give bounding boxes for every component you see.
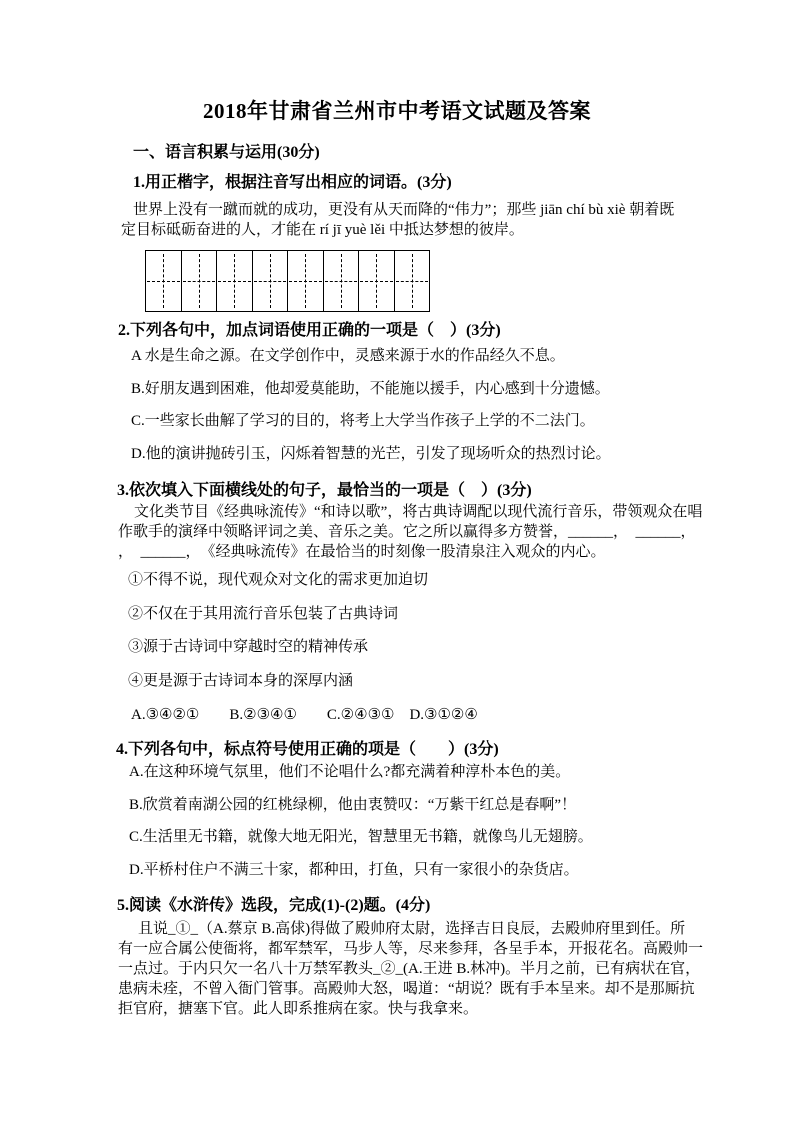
option-line: C.生活里无书籍，就像大地无阳光，智慧里无书籍，就像鸟儿无翅膀。: [129, 829, 593, 862]
grid-cell: [359, 251, 395, 311]
question-5-heading: 5.阅读《水浒传》选段，完成(1)-(2)题。(4分): [117, 892, 430, 915]
grid-cell: [253, 251, 289, 311]
grid-cell-horizontal-dash: [325, 281, 358, 282]
option-line: B.欣赏着南湖公园的红桃绿柳，他由衷赞叹：“万紫干红总是春啊”！: [129, 797, 593, 830]
option-line: C.一些家长曲解了学习的目的，将考上大学当作孩子上学的不二法门。: [131, 413, 611, 446]
numbered-sentence: ④更是源于古诗词本身的深厚内涵: [128, 673, 428, 707]
passage-line: ， ______， 《经典咏流传》在最恰当的时刻像一股清泉注入观众的内心。: [118, 542, 702, 562]
grid-cell-horizontal-dash: [147, 281, 180, 282]
grid-cell-horizontal-dash: [254, 281, 287, 282]
passage-line: 患病未痊，不曾入衙门管事。高殿帅大怒，喝道：“胡说？既有手本呈来。却不是那厮抗: [118, 979, 703, 999]
question-3-choices: A.③④②① B.②③④① C.②④③① D.③①②④: [131, 703, 478, 724]
writing-grid: [145, 250, 430, 312]
grid-cell-horizontal-dash: [218, 281, 251, 282]
question-2-options: A 水是生命之源。在文学创作中，灵感来源于水的作品经久不息。B.好朋友遇到困难，…: [131, 348, 611, 478]
option-line: A.在这种环境气氛里，他们不论唱什么?都充满着种淳朴本色的美。: [129, 764, 593, 797]
grid-cell: [324, 251, 360, 311]
page-title: 2018年甘肃省兰州市中考语文试题及答案: [0, 95, 794, 125]
numbered-sentence: ②不仅在于其用流行音乐包装了古典诗词: [128, 606, 428, 640]
question-4-options: A.在这种环境气氛里，他们不论唱什么?都充满着种淳朴本色的美。B.欣赏着南湖公园…: [129, 764, 593, 894]
question-3-heading: 3.依次填入下面横线处的句子，最恰当的一项是（ ）(3分): [117, 477, 532, 500]
option-line: B.好朋友遇到困难，他却爱莫能助，不能施以援手，内心感到十分遗憾。: [131, 381, 611, 414]
passage-line: 且说_①_（A.蔡京 B.高俅)得做了殿帅府太尉，选择吉日良辰，去殿帅府里到任。…: [118, 919, 703, 939]
passage-line: 拒官府，搪塞下官。此人即系推病在家。快与我拿来。: [118, 999, 703, 1019]
question-5-passage: 且说_①_（A.蔡京 B.高俅)得做了殿帅府太尉，选择吉日良辰，去殿帅府里到任。…: [118, 919, 703, 1019]
question-3-passage: 文化类节目《经典咏流传》“和诗以歌”，将古典诗调配以现代流行音乐，带领观众在唱作…: [118, 502, 702, 562]
passage-line: 文化类节目《经典咏流传》“和诗以歌”，将古典诗调配以现代流行音乐，带领观众在唱: [118, 502, 702, 522]
grid-cell: [182, 251, 218, 311]
passage-line: 世界上没有一蹴而就的成功，更没有从天而降的“伟力”；那些 jiān chí bù…: [121, 200, 674, 220]
exam-document-page: 2018年甘肃省兰州市中考语文试题及答案 一、语言积累与运用(30分) 1.用正…: [0, 0, 794, 1123]
option-line: D.他的演讲抛砖引玉，闪烁着智慧的光芒，引发了现场听众的热烈讨论。: [131, 446, 611, 479]
passage-line: 作歌手的演绎中领略评词之美、音乐之美。它之所以赢得多方赞誉，______， __…: [118, 522, 702, 542]
section-heading: 一、语言积累与运用(30分): [133, 139, 320, 162]
question-4-heading: 4.下列各句中，标点符号使用正确的项是（ ）(3分): [116, 736, 499, 759]
passage-line: 有一应合属公使衙将，都军禁军，马步人等，尽来参拜，各呈手本，开报花名。高殿帅一: [118, 939, 703, 959]
grid-cell: [146, 251, 182, 311]
question-1-passage: 世界上没有一蹴而就的成功，更没有从天而降的“伟力”；那些 jiān chí bù…: [121, 200, 674, 240]
question-2-heading: 2.下列各句中，加点词语使用正确的一项是（ ）(3分): [118, 317, 501, 340]
option-line: A 水是生命之源。在文学创作中，灵感来源于水的作品经久不息。: [131, 348, 611, 381]
option-line: D.平桥村住户不满三十家，都种田，打鱼，只有一家很小的杂货店。: [129, 862, 593, 895]
grid-cell-horizontal-dash: [360, 281, 393, 282]
question-3-items: ①不得不说，现代观众对文化的需求更加迫切②不仅在于其用流行音乐包装了古典诗词③源…: [128, 572, 428, 707]
grid-cell: [395, 251, 430, 311]
question-1-heading: 1.用正楷字，根据注音写出相应的词语。(3分): [133, 169, 452, 192]
grid-cell: [288, 251, 324, 311]
grid-cell-horizontal-dash: [289, 281, 322, 282]
grid-cell-horizontal-dash: [396, 281, 429, 282]
grid-cell-horizontal-dash: [183, 281, 216, 282]
numbered-sentence: ①不得不说，现代观众对文化的需求更加迫切: [128, 572, 428, 606]
passage-line: 一点过。于内只欠一名八十万禁军教头_②_(A.王进 B.林冲)。半月之前，已有病…: [118, 959, 703, 979]
grid-cell: [217, 251, 253, 311]
numbered-sentence: ③源于古诗词中穿越时空的精神传承: [128, 639, 428, 673]
passage-line: 定目标砥砺奋进的人，才能在 rí jī yuè lěi 中抵达梦想的彼岸。: [121, 220, 674, 240]
